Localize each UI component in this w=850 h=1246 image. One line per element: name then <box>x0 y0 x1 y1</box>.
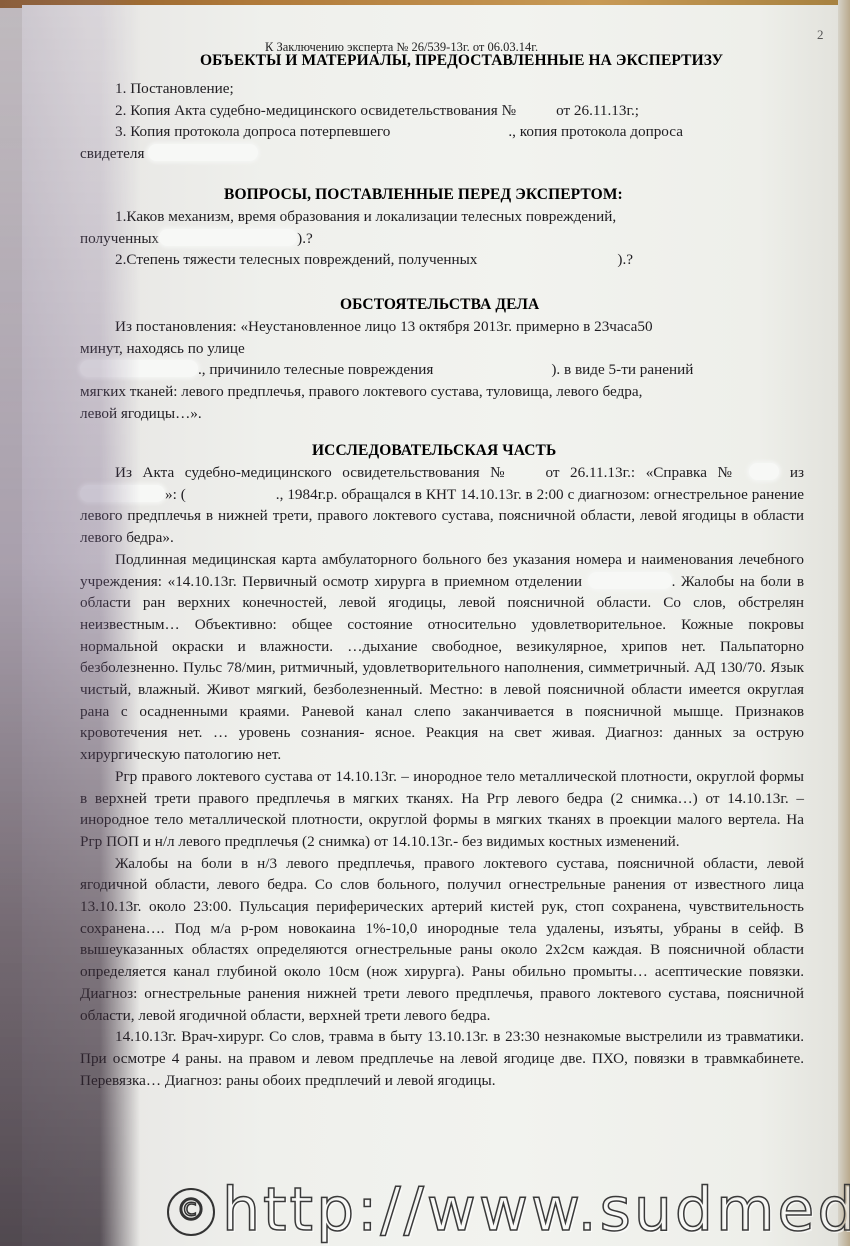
list-item: 3. Копия протокола допроса потерпевшего.… <box>80 121 804 143</box>
questions-list: 1.Каков механизм, время образования и ло… <box>80 206 804 271</box>
research-text: Из Акта судебно-медицинского освидетельс… <box>80 462 804 1091</box>
page-number: 2 <box>817 27 824 43</box>
paragraph: Жалобы на боли в н/3 левого предплечья, … <box>80 853 804 1027</box>
paragraph: Из Акта судебно-медицинского освидетельс… <box>80 462 804 549</box>
question-item: полученных).? <box>80 228 804 250</box>
objects-list: 1. Постановление; 2. Копия Акта судебно-… <box>80 78 804 165</box>
watermark-url: http://www.sudmed.ru <box>222 1175 850 1245</box>
section-title-questions: ВОПРОСЫ, ПОСТАВЛЕННЫЕ ПЕРЕД ЭКСПЕРТОМ: <box>224 186 623 204</box>
question-item: 1.Каков механизм, время образования и ло… <box>80 206 804 228</box>
list-item: 2. Копия Акта судебно-медицинского освид… <box>80 100 804 122</box>
page-right-edge <box>838 0 850 1246</box>
redacted-name <box>148 144 258 161</box>
redacted-institution <box>80 485 165 502</box>
paragraph: Подлинная медицинская карта амбулаторног… <box>80 549 804 766</box>
section-title-circumstances: ОБСТОЯТЕЛЬСТВА ДЕЛА <box>340 296 539 314</box>
paragraph: Ргр правого локтевого сустава от 14.10.1… <box>80 766 804 853</box>
list-item: свидетеля <box>80 143 804 165</box>
redacted-number <box>749 463 779 480</box>
section-title-research: ИССЛЕДОВАТЕЛЬСКАЯ ЧАСТЬ <box>312 442 556 460</box>
list-item: 1. Постановление; <box>80 78 804 100</box>
redacted-name <box>159 229 297 246</box>
section-title-objects: ОБЪЕКТЫ И МАТЕРИАЛЫ, ПРЕДОСТАВЛЕННЫЕ НА … <box>200 52 723 70</box>
redacted-address <box>80 360 198 377</box>
question-item: 2.Степень тяжести телесных повреждений, … <box>80 249 804 271</box>
circumstances-text: Из постановления: «Неустановленное лицо … <box>80 316 804 425</box>
redacted-department <box>588 572 672 589</box>
copyright-icon: © <box>167 1188 215 1236</box>
paragraph: 14.10.13г. Врач-хирург. Со слов, травма … <box>80 1026 804 1091</box>
